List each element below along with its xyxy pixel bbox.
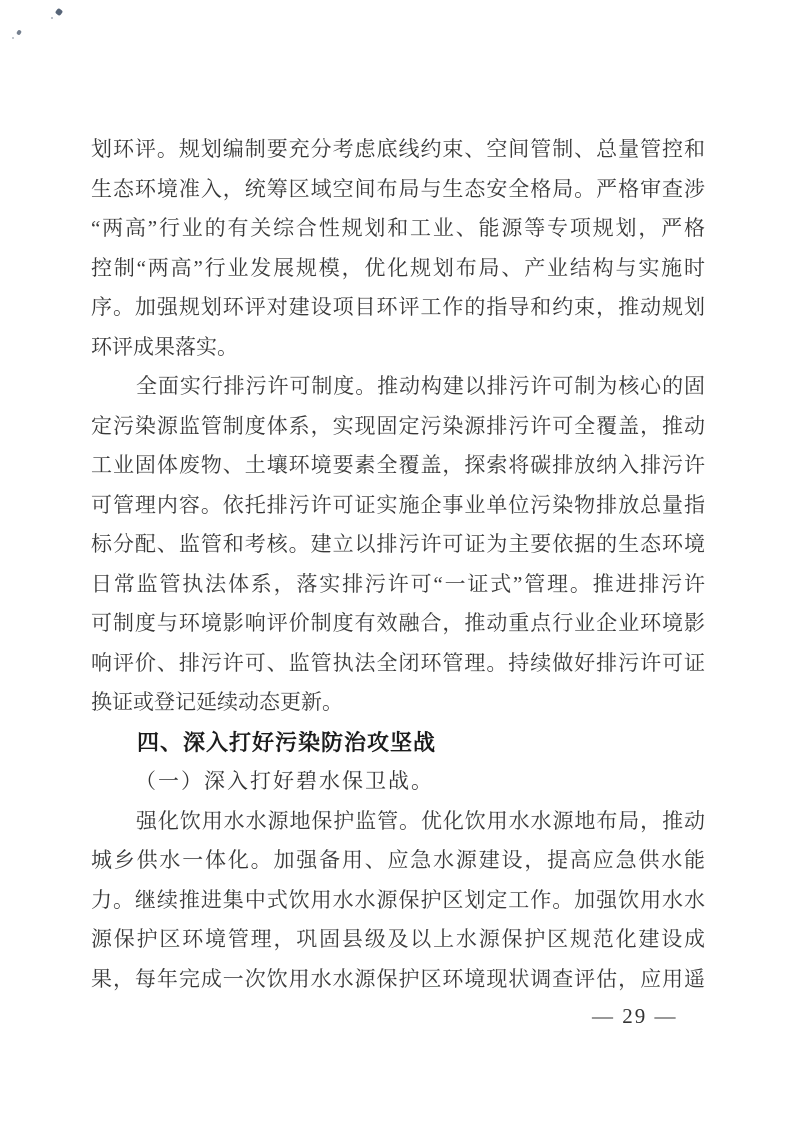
text-line: 全面实行排污许可制度。推动构建以排污许可制为核心的固 (91, 367, 705, 407)
text-line: 可管理内容。依托排污许可证实施企事业单位污染物排放总量指 (91, 486, 705, 526)
text-line: 划环评。规划编制要充分考虑底线约束、空间管制、总量管控和 (91, 130, 705, 170)
section-heading: 四、深入打好污染防治攻坚战 (91, 723, 705, 763)
text-line: 可制度与环境影响评价制度有效融合，推动重点行业企业环境影 (91, 604, 705, 644)
text-line: 源保护区环境管理，巩固县级及以上水源保护区规范化建设成 (91, 920, 705, 960)
page-number: — 29 — (592, 1004, 702, 1029)
text-line: 果，每年完成一次饮用水水源保护区环境现状调查评估，应用遥 (91, 960, 705, 1000)
text-line: 换证或登记延续动态更新。 (91, 683, 705, 723)
text-line: 力。继续推进集中式饮用水水源保护区划定工作。加强饮用水水 (91, 881, 705, 921)
ink-speck (16, 29, 22, 35)
document-page: 划环评。规划编制要充分考虑底线约束、空间管制、总量管控和生态环境准入，统筹区域空… (0, 0, 788, 1123)
ink-speck (51, 17, 53, 19)
subsection-heading: （一）深入打好碧水保卫战。 (91, 762, 705, 802)
ink-speck (12, 37, 14, 39)
text-line: 响评价、排污许可、监管执法全闭环管理。持续做好排污许可证 (91, 644, 705, 684)
text-line: 环评成果落实。 (91, 328, 705, 368)
text-line: 标分配、监管和考核。建立以排污许可证为主要依据的生态环境 (91, 525, 705, 565)
text-line: 定污染源监管制度体系，实现固定污染源排污许可全覆盖，推动 (91, 407, 705, 447)
text-line: 城乡供水一体化。加强备用、应急水源建设，提高应急供水能 (91, 841, 705, 881)
text-line: 工业固体废物、土壤环境要素全覆盖，探索将碳排放纳入排污许 (91, 446, 705, 486)
text-line: “两高”行业的有关综合性规划和工业、能源等专项规划，严格 (91, 209, 705, 249)
text-line: 日常监管执法体系，落实排污许可“一证式”管理。推进排污许 (91, 565, 705, 605)
text-line: 序。加强规划环评对建设项目环评工作的指导和约束，推动规划 (91, 288, 705, 328)
ink-speck (55, 8, 63, 16)
text-line: 强化饮用水水源地保护监管。优化饮用水水源地布局，推动 (91, 802, 705, 842)
text-line: 生态环境准入，统筹区域空间布局与生态安全格局。严格审查涉 (91, 170, 705, 210)
document-text: 划环评。规划编制要充分考虑底线约束、空间管制、总量管控和生态环境准入，统筹区域空… (91, 130, 705, 999)
text-line: 控制“两高”行业发展规模，优化规划布局、产业结构与实施时 (91, 249, 705, 289)
